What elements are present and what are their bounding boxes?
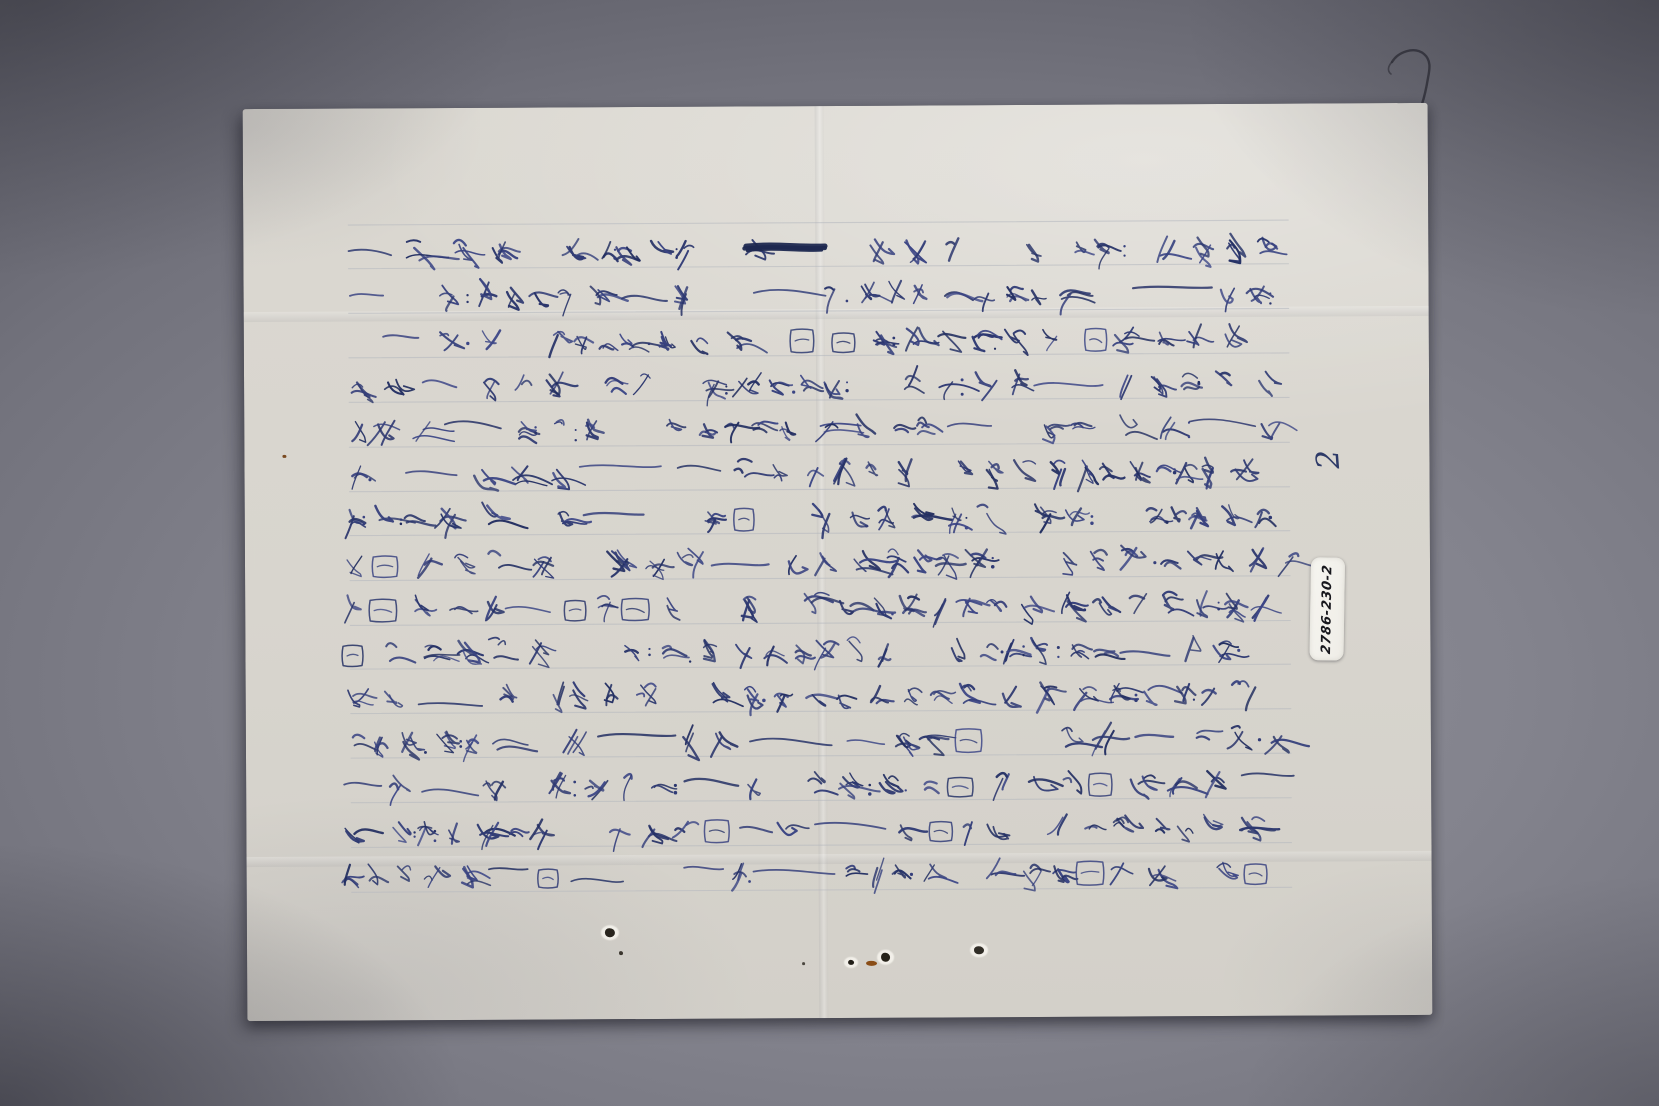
- paper-hole: [866, 961, 877, 966]
- paper-hole: [881, 953, 890, 962]
- paper-hole: [282, 455, 286, 458]
- handwriting-ink: [243, 103, 1433, 1021]
- paper-hole: [974, 946, 984, 954]
- photo-backdrop: 2 2786-230-2: [0, 0, 1659, 1106]
- paper-hole: [619, 951, 623, 955]
- paper-hole: [605, 928, 615, 937]
- catalog-label-sticker: 2786-230-2: [1309, 557, 1345, 661]
- document-page: 2 2786-230-2: [243, 103, 1433, 1021]
- ink-strokes-group: [339, 233, 1318, 895]
- page-number: 2: [1305, 436, 1352, 483]
- paper-hole: [848, 960, 854, 965]
- catalog-label-text: 2786-230-2: [1319, 563, 1335, 654]
- paper-hole: [802, 962, 805, 965]
- ruled-lines-group: [348, 220, 1291, 893]
